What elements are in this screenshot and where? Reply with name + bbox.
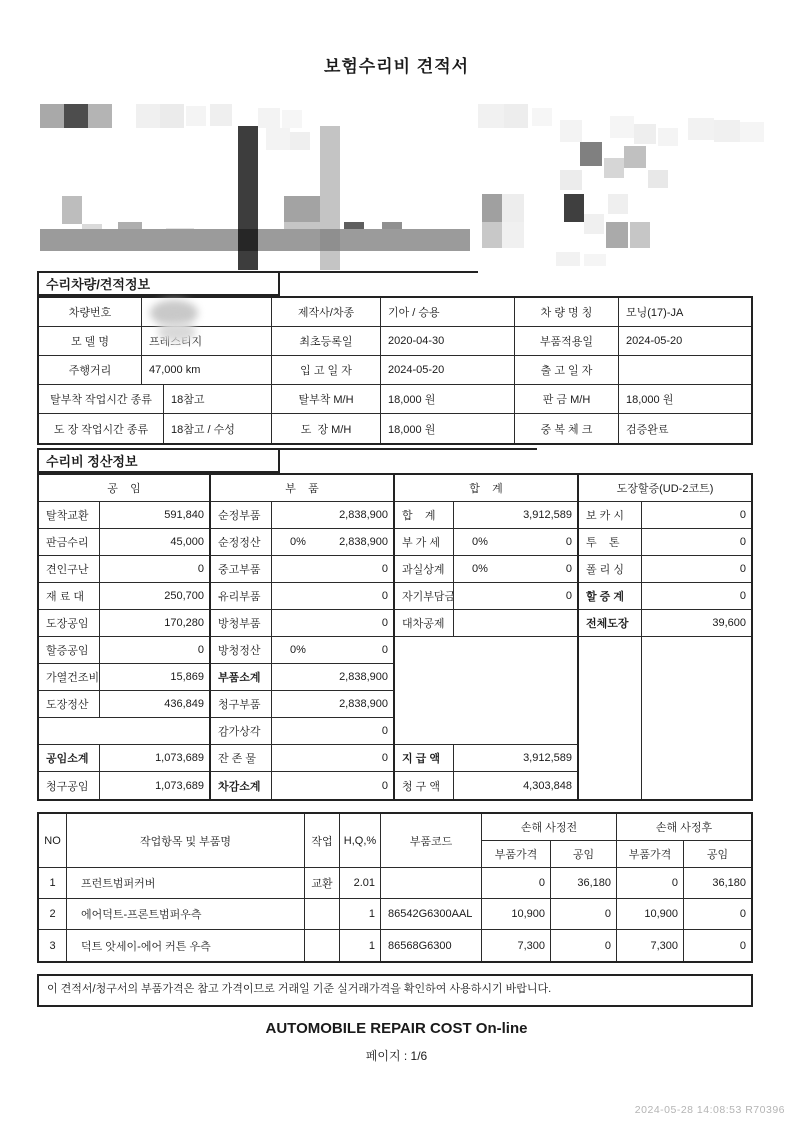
cell-value: 2024-05-20 (381, 356, 515, 385)
cell-label: 감가상각 (211, 718, 272, 745)
redaction-block (584, 254, 606, 266)
group-header-surcharge: 도장할증(UD-2코트) (579, 475, 751, 502)
empty-cell (395, 637, 579, 745)
cell-value: 2,838,900 (272, 502, 395, 529)
cell-value: 0%0 (454, 529, 579, 556)
cell-value: 0 (272, 718, 395, 745)
col-header-hq: H,Q,% (340, 814, 381, 868)
notice-text: 이 견적서/청구서의 부품가격은 참고 가격이므로 거래일 기준 실거래가격을 … (47, 983, 551, 995)
cell-label: 대차공제 (395, 610, 454, 637)
cell-value: 0 (272, 583, 395, 610)
col-header-before: 손해 사정전 (482, 814, 617, 841)
empty-cell (642, 637, 751, 799)
cell-value: 0 (100, 556, 211, 583)
group-header-parts: 부 품 (211, 475, 395, 502)
redaction-block (634, 124, 656, 144)
settlement-table: 공 임 부 품 합 계 도장할증(UD-2코트) 탈착교환 591,840 순정… (37, 473, 753, 801)
cell-label: 부품적용일 (515, 327, 619, 356)
redaction-block (238, 229, 258, 251)
cell-value: 0 (272, 772, 395, 799)
vehicle-info-table: 차량번호 제작사/차종 기아 / 승용 차 량 명 칭 모닝(17)-JA 모 … (37, 296, 753, 445)
cell-value: 0 (272, 556, 395, 583)
cell-label: 청구부품 (211, 691, 272, 718)
cell-label: 판금수리 (39, 529, 100, 556)
cell-label: 주행거리 (39, 356, 142, 385)
cell-label: 제작사/차종 (272, 298, 381, 327)
cell-label: 유리부품 (211, 583, 272, 610)
row-no: 2 (39, 899, 67, 930)
cell-value: 0 (272, 745, 395, 772)
redaction-block (502, 194, 524, 222)
row-after-price: 0 (617, 868, 684, 899)
cell-value: 436,849 (100, 691, 211, 718)
amount-value: 0 (382, 644, 388, 656)
cell-value: 0%0 (454, 556, 579, 583)
redaction-block (320, 229, 340, 251)
cell-value: 2,838,900 (272, 691, 395, 718)
amount-value: 2,838,900 (339, 536, 388, 548)
cell-label: 입 고 일 자 (272, 356, 381, 385)
cell-value: 170,280 (100, 610, 211, 637)
redaction-block (610, 116, 634, 138)
row-work (305, 899, 340, 930)
cell-label: 차량번호 (39, 298, 142, 327)
row-before-price: 10,900 (482, 899, 551, 930)
cell-label: 투 톤 (579, 529, 642, 556)
group-header-total: 합 계 (395, 475, 579, 502)
cell-label: 할증공임 (39, 637, 100, 664)
row-hq: 1 (340, 899, 381, 930)
cell-value: 기아 / 승용 (381, 298, 515, 327)
redaction-block (714, 120, 740, 142)
row-name: 에어덕트-프론트범퍼우측 (67, 899, 305, 930)
cell-value (619, 356, 751, 385)
col-header-name: 작업항목 및 부품명 (67, 814, 305, 868)
cell-label: 순정부품 (211, 502, 272, 529)
row-code: 86568G6300 (381, 930, 482, 961)
row-after-price: 7,300 (617, 930, 684, 961)
row-after-labor: 0 (684, 930, 751, 961)
empty-cell (579, 637, 642, 799)
cell-label: 순정정산 (211, 529, 272, 556)
cell-label: 보 카 시 (579, 502, 642, 529)
row-no: 1 (39, 868, 67, 899)
cell-value: 250,700 (100, 583, 211, 610)
redaction-block (284, 196, 320, 222)
redaction-block (658, 128, 678, 146)
redaction-block (564, 194, 584, 222)
redaction-block (482, 222, 502, 248)
cell-label: 출 고 일 자 (515, 356, 619, 385)
redaction-block (136, 104, 160, 128)
cell-label: 최초등록일 (272, 327, 381, 356)
pct-value: 0% (472, 536, 488, 548)
cell-value: 18,000 원 (619, 385, 751, 414)
cell-label: 중 복 체 크 (515, 414, 619, 443)
cell-value: 0 (642, 583, 751, 610)
cell-label: 청구공임 (39, 772, 100, 799)
cell-value: 3,912,589 (454, 502, 579, 529)
redaction-block (266, 128, 290, 150)
pct-value: 0% (290, 536, 306, 548)
cell-label: 부 가 세 (395, 529, 454, 556)
cell-value: 1,073,689 (100, 772, 211, 799)
cell-label: 도 장 작업시간 종류 (39, 414, 164, 443)
cell-label: 공임소계 (39, 745, 100, 772)
cell-label: 과실상계 (395, 556, 454, 583)
row-after-price: 10,900 (617, 899, 684, 930)
cell-value: 18,000 원 (381, 414, 515, 443)
redaction-block (556, 252, 580, 266)
redaction-block (608, 194, 628, 214)
redaction-block (186, 106, 206, 126)
redaction-block (606, 222, 628, 248)
cell-label: 가열건조비 (39, 664, 100, 691)
cell-label: 자기부담금 (395, 583, 454, 610)
row-hq: 2.01 (340, 868, 381, 899)
redaction-block (210, 104, 232, 126)
cell-value: 0 (642, 529, 751, 556)
row-no: 3 (39, 930, 67, 961)
cell-label: 도장공임 (39, 610, 100, 637)
cell-label: 방청정산 (211, 637, 272, 664)
row-before-price: 0 (482, 868, 551, 899)
cell-value: 2,838,900 (272, 664, 395, 691)
cell-value: 3,912,589 (454, 745, 579, 772)
row-name: 프런트범퍼커버 (67, 868, 305, 899)
cell-value (454, 610, 579, 637)
row-work: 교환 (305, 868, 340, 899)
redaction-block (290, 132, 310, 150)
cell-label: 합 계 (395, 502, 454, 529)
redaction-block (560, 170, 582, 190)
cell-value: 0%2,838,900 (272, 529, 395, 556)
row-code (381, 868, 482, 899)
cell-label: 도장정산 (39, 691, 100, 718)
cell-value: 47,000 km (142, 356, 272, 385)
empty-cell (39, 718, 211, 745)
cell-label: 탈부착 작업시간 종류 (39, 385, 164, 414)
notice-box: 이 견적서/청구서의 부품가격은 참고 가격이므로 거래일 기준 실거래가격을 … (37, 974, 753, 1007)
cell-label: 청 구 액 (395, 772, 454, 799)
row-before-labor: 36,180 (551, 868, 617, 899)
row-name: 덕트 앗세이-에어 커튼 우측 (67, 930, 305, 961)
cell-value: 4,303,848 (454, 772, 579, 799)
redaction-block (504, 104, 528, 128)
row-before-price: 7,300 (482, 930, 551, 961)
cell-label: 중고부품 (211, 556, 272, 583)
col-header-code: 부품코드 (381, 814, 482, 868)
cell-value: 0 (454, 583, 579, 610)
pct-value: 0% (290, 644, 306, 656)
redaction-block (604, 158, 624, 178)
cell-label: 탈착교환 (39, 502, 100, 529)
pct-value: 0% (472, 563, 488, 575)
cell-label: 할 증 계 (579, 583, 642, 610)
cell-value: 0 (642, 502, 751, 529)
cell-value: 39,600 (642, 610, 751, 637)
col-header-labor: 공임 (551, 841, 617, 868)
col-header-labor: 공임 (684, 841, 751, 868)
cell-value: 18,000 원 (381, 385, 515, 414)
cell-value: 15,869 (100, 664, 211, 691)
redaction-block (630, 222, 650, 248)
work-items-table: NO 작업항목 및 부품명 작업 H,Q,% 부품코드 손해 사정전 손해 사정… (37, 812, 753, 963)
cell-value: 2020-04-30 (381, 327, 515, 356)
redaction-block (648, 170, 668, 188)
cell-label: 차 량 명 칭 (515, 298, 619, 327)
redaction-block (584, 214, 604, 234)
redaction-block (258, 108, 280, 128)
cell-label: 방청부품 (211, 610, 272, 637)
redaction-block (560, 120, 582, 142)
col-header-work: 작업 (305, 814, 340, 868)
redaction-block (482, 194, 502, 222)
group-header-labor: 공 임 (39, 475, 211, 502)
cell-value: 18참고 (164, 385, 272, 414)
row-hq: 1 (340, 930, 381, 961)
redaction-block (88, 104, 112, 128)
cell-value: 0 (642, 556, 751, 583)
redaction-block (64, 104, 88, 128)
col-header-after: 손해 사정후 (617, 814, 751, 841)
cell-label: 판 금 M/H (515, 385, 619, 414)
cell-label: 지 급 액 (395, 745, 454, 772)
row-after-labor: 36,180 (684, 868, 751, 899)
cell-value: 1,073,689 (100, 745, 211, 772)
col-header-price: 부품가격 (617, 841, 684, 868)
cell-value: 0 (272, 610, 395, 637)
cell-label: 모 델 명 (39, 327, 142, 356)
cell-label: 탈부착 M/H (272, 385, 381, 414)
col-header-no: NO (39, 814, 67, 868)
row-before-labor: 0 (551, 930, 617, 961)
row-before-labor: 0 (551, 899, 617, 930)
cell-label: 도 장 M/H (272, 414, 381, 443)
row-after-labor: 0 (684, 899, 751, 930)
cell-value: 45,000 (100, 529, 211, 556)
section-title-vehicle: 수리차량/견적정보 (37, 271, 280, 296)
cell-value: 18참고 / 수성 (164, 414, 272, 443)
redaction-block (160, 104, 184, 128)
redaction-block (740, 122, 764, 142)
row-code: 86542G6300AAL (381, 899, 482, 930)
redaction-block (62, 196, 82, 224)
cell-label: 견인구난 (39, 556, 100, 583)
redaction-block (40, 104, 64, 128)
cell-label: 부품소계 (211, 664, 272, 691)
amount-value: 0 (566, 536, 572, 548)
cell-label: 전체도장 (579, 610, 642, 637)
redaction-block (478, 104, 504, 128)
cell-label: 재 료 대 (39, 583, 100, 610)
cell-label: 잔 존 물 (211, 745, 272, 772)
section-title-settlement: 수리비 정산정보 (37, 448, 280, 473)
redaction-block (688, 118, 714, 140)
cell-value: 모닝(17)-JA (619, 298, 751, 327)
cell-value: 0 (100, 637, 211, 664)
cell-value: 2024-05-20 (619, 327, 751, 356)
redaction-smudge (158, 322, 196, 342)
cell-label: 차감소계 (211, 772, 272, 799)
cell-value: 591,840 (100, 502, 211, 529)
redaction-block (532, 108, 552, 126)
redaction-block (624, 146, 646, 168)
row-work (305, 930, 340, 961)
redaction-block (580, 142, 602, 166)
col-header-price: 부품가격 (482, 841, 551, 868)
redaction-block (502, 222, 524, 248)
amount-value: 0 (566, 563, 572, 575)
cell-value: 검증완료 (619, 414, 751, 443)
cell-value: 0%0 (272, 637, 395, 664)
cell-label: 폴 리 싱 (579, 556, 642, 583)
redaction-block (282, 110, 302, 128)
